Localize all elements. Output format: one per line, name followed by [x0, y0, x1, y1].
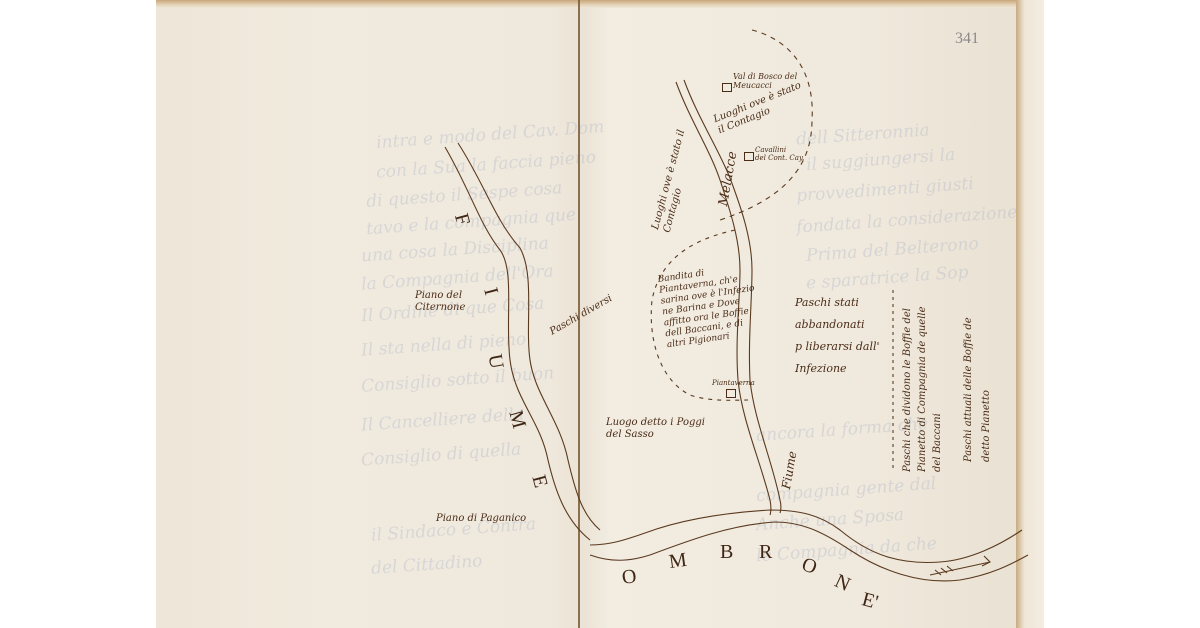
map-drawing [0, 0, 1200, 628]
building-piantaverna-icon [726, 389, 736, 398]
page-number: 341 [955, 30, 979, 48]
fiume-river-bank-right [458, 143, 600, 530]
ombrone-letter: O [620, 565, 638, 590]
label-luogo-poggi-sasso: Luogo detto i Poggi del Sasso [606, 417, 705, 441]
label-piantaverna: Piantaverna [712, 377, 755, 389]
ombrone-letter: B [720, 541, 733, 564]
label-cavallini: Cavallini del Cont. Cay. [755, 146, 804, 162]
ombrone-letter: M [667, 549, 688, 574]
fiume-river-bank-left [445, 147, 590, 540]
label-bandita-piantaverna: Bandita di Piantaverna, ch'e sarina ove … [657, 262, 761, 351]
ombrone-letter: R [759, 541, 772, 564]
label-paschi-abbandonati: Paschi stati abbandonati p liberarsi dal… [795, 292, 880, 380]
building-val-di-bosco-icon [722, 83, 732, 92]
label-piano-citernone: Piano del Citernone [415, 290, 465, 314]
note-paschi-dividono: Paschi che dividono le Boffie del Pianet… [900, 306, 945, 472]
label-piano-paganico: Piano di Paganico [436, 513, 526, 525]
building-cavallini-icon [744, 152, 754, 161]
note-paschi-attuali: Paschi attuali delle Boffie de detto Pia… [960, 317, 996, 462]
